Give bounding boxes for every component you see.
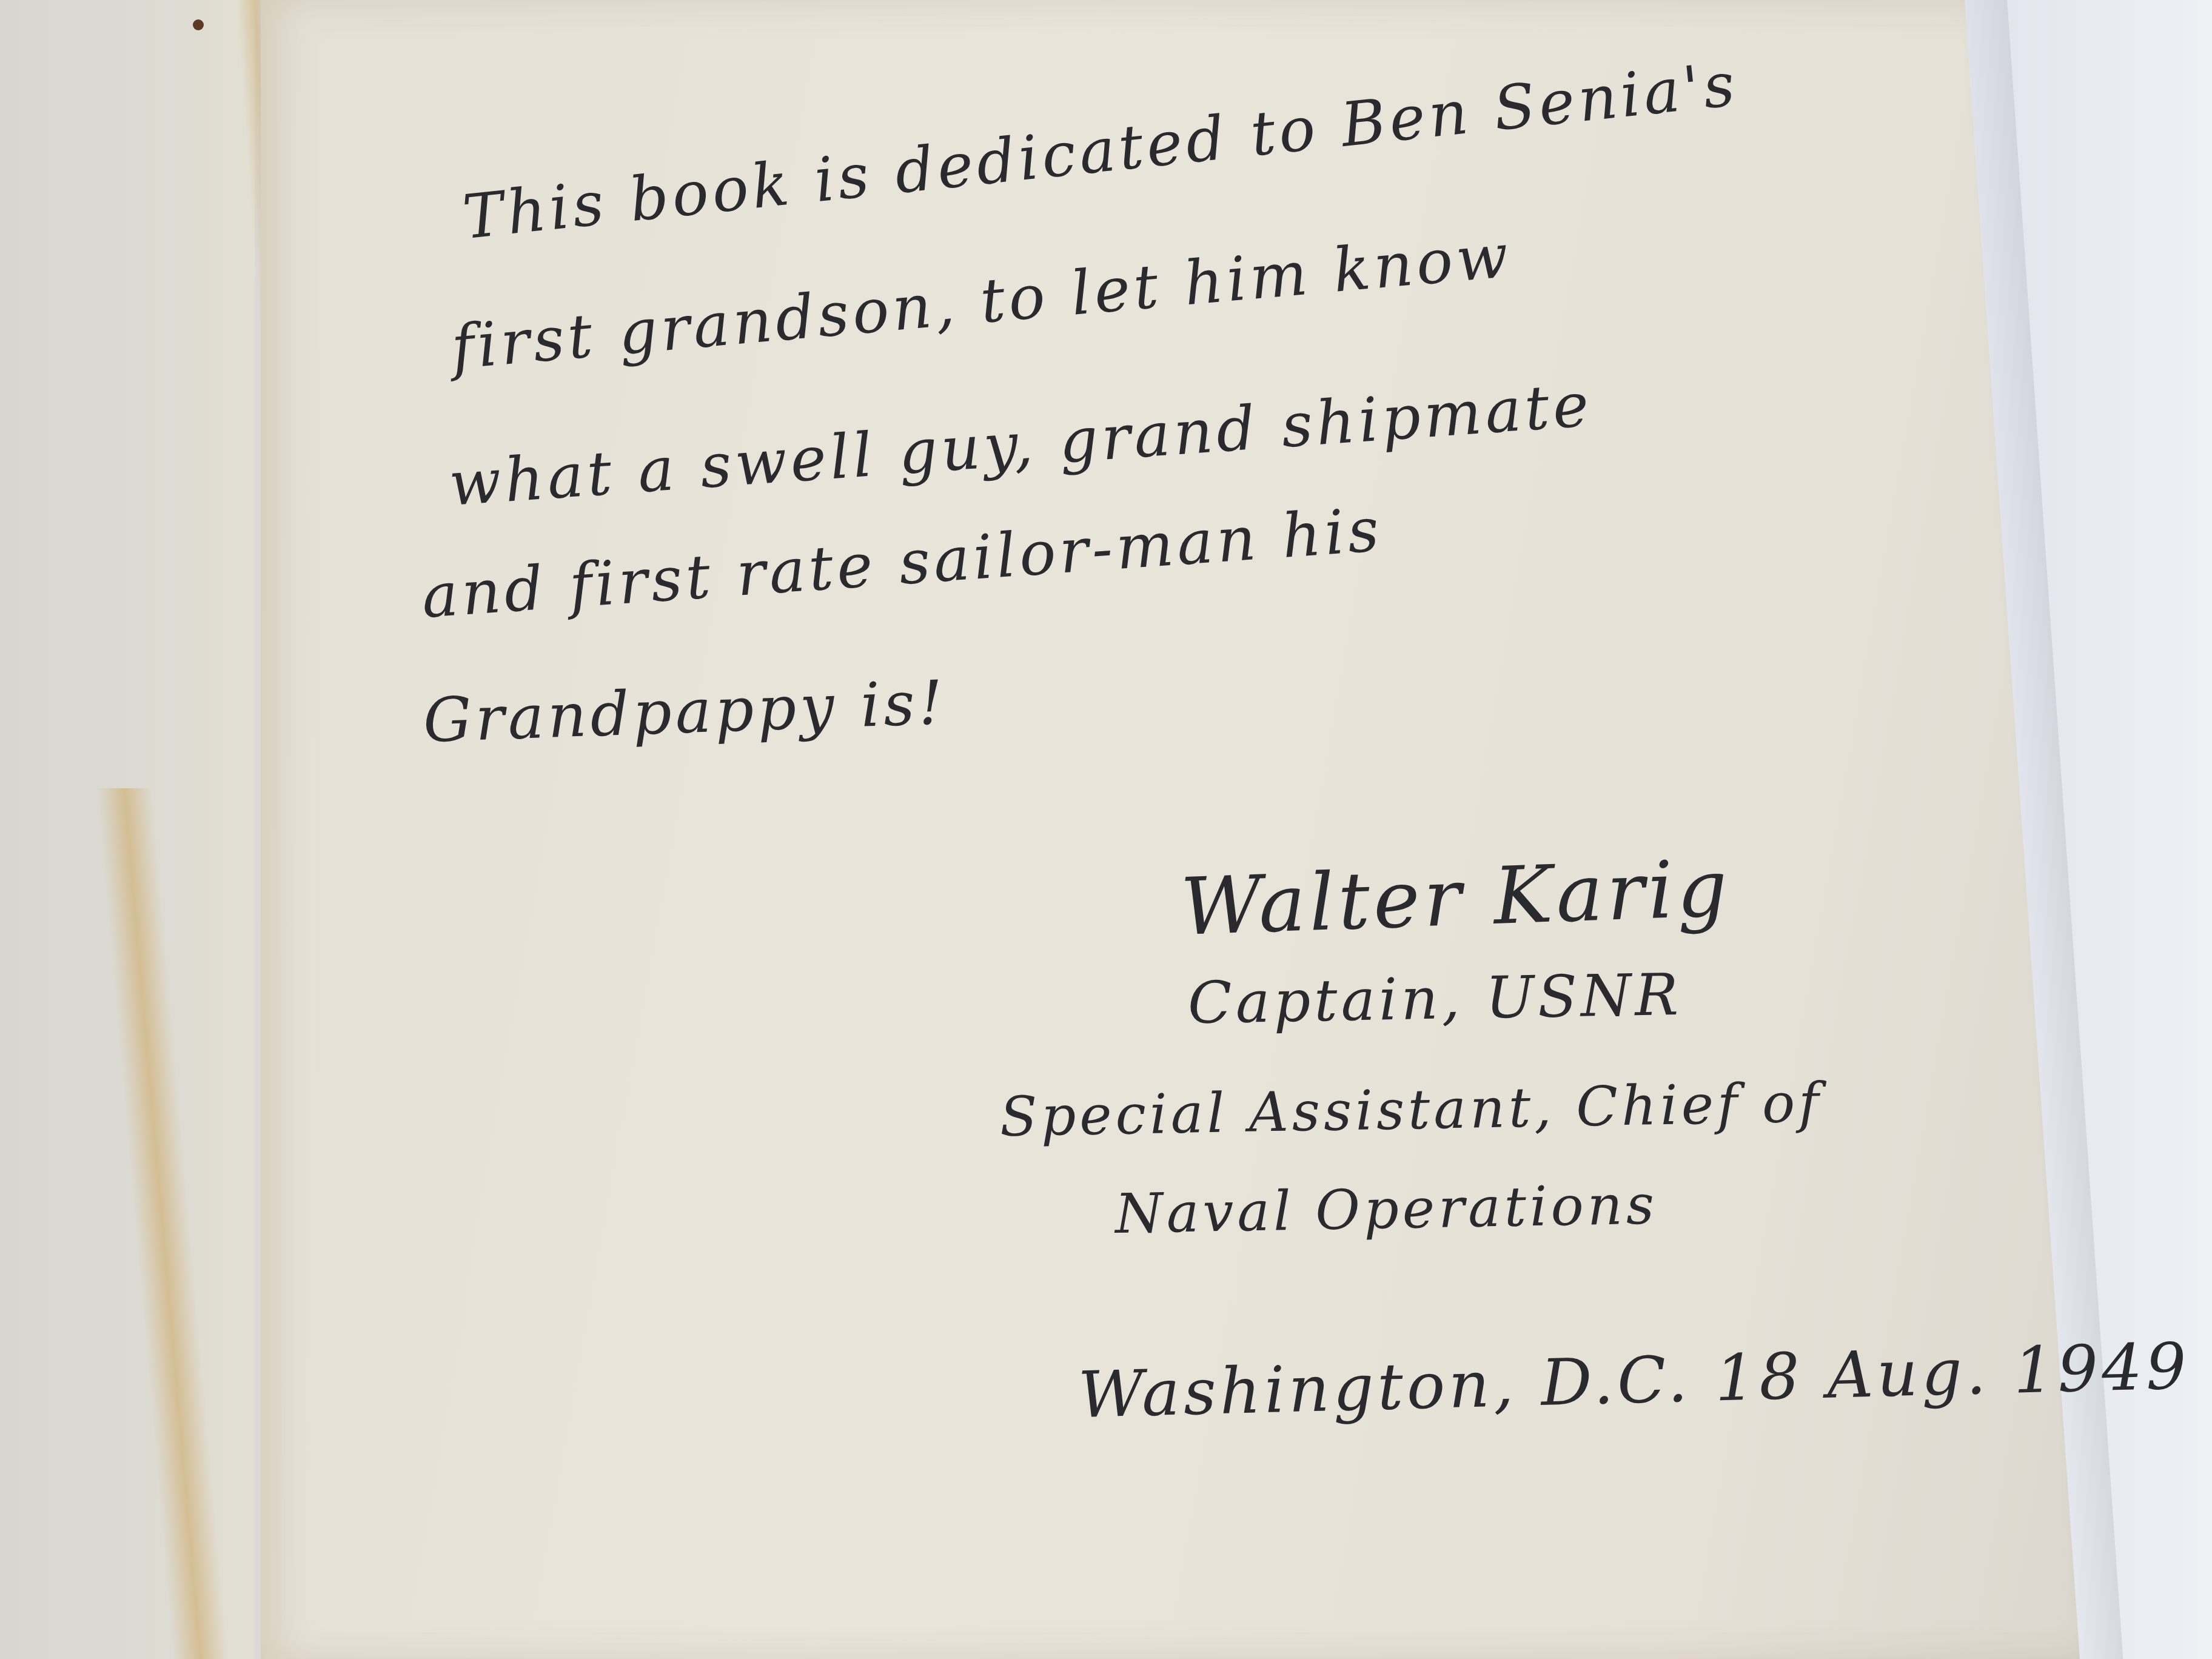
foxing-spot — [193, 19, 204, 30]
signature-title-line-2: Naval Operations — [1114, 1173, 1658, 1246]
signature-name: Walter Karig — [1179, 842, 1732, 953]
signature-rank: Captain, USNR — [1187, 962, 1683, 1037]
photo-scene: This book is dedicated to Ben Senia's fi… — [0, 0, 2212, 1659]
